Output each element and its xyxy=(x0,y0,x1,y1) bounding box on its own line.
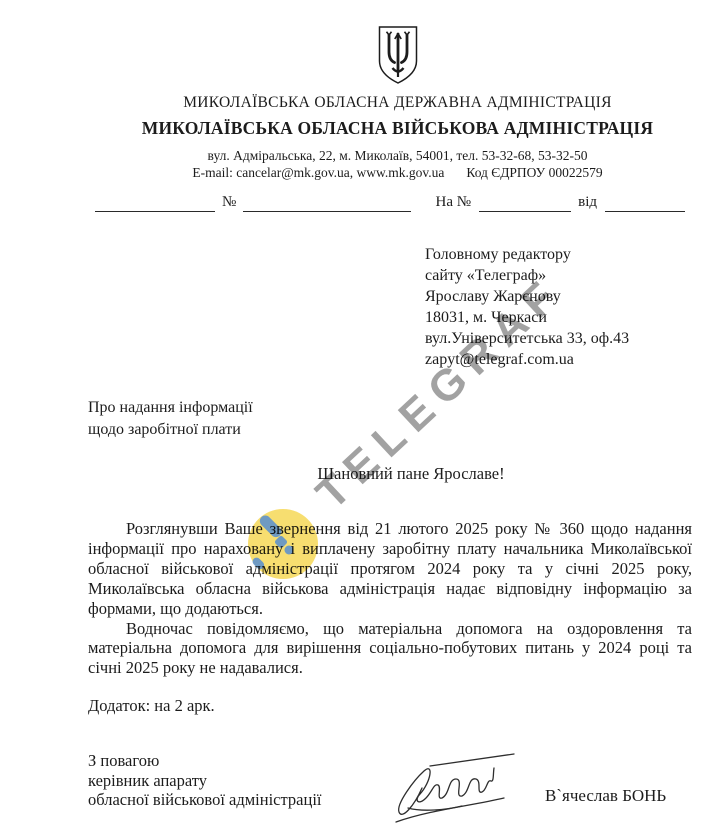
date-blank-field xyxy=(95,192,215,212)
letter-page: МИКОЛАЇВСЬКА ОБЛАСНА ДЕРЖАВНА АДМІНІСТРА… xyxy=(0,0,708,827)
recipient-block: Головному редактору сайту «Телеграф» Яро… xyxy=(425,244,629,370)
letter-body: Розглянувши Ваше звернення від 21 лютого… xyxy=(88,519,692,678)
body-paragraph-1: Розглянувши Ваше звернення від 21 лютого… xyxy=(88,519,692,619)
org-name-military-admin: МИКОЛАЇВСЬКА ОБЛАСНА ВІЙСЬКОВА АДМІНІСТР… xyxy=(95,118,700,138)
attachment-note: Додаток: на 2 арк. xyxy=(88,696,215,716)
signer-name: В`ячеслав БОНЬ xyxy=(545,786,666,806)
reference-line: № На № від xyxy=(95,192,685,212)
reply-to-number-label: На № xyxy=(436,192,472,212)
subject-line-1: Про надання інформації xyxy=(88,397,253,419)
org-contacts: E-mail: cancelar@mk.gov.ua, www.mk.gov.u… xyxy=(95,165,700,180)
reply-date-blank-field xyxy=(605,192,685,212)
handwritten-signature xyxy=(388,748,530,827)
subject-block: Про надання інформації щодо заробітної п… xyxy=(88,397,253,440)
reply-date-label: від xyxy=(578,192,597,212)
org-edrpou-code: Код ЄДРПОУ 00022579 xyxy=(466,165,602,180)
ukraine-trident-emblem-icon xyxy=(375,24,421,86)
reply-number-blank-field xyxy=(479,192,571,212)
letterhead: МИКОЛАЇВСЬКА ОБЛАСНА ДЕРЖАВНА АДМІНІСТРА… xyxy=(95,24,700,180)
recipient-name: Ярославу Жарєнову xyxy=(425,286,629,307)
body-paragraph-2: Водночас повідомляємо, що матеріальна до… xyxy=(88,619,692,679)
recipient-site: сайту «Телеграф» xyxy=(425,265,629,286)
subject-line-2: щодо заробітної плати xyxy=(88,419,253,441)
closing-position-2: обласної військової адміністрації xyxy=(88,790,322,810)
org-address: вул. Адміральська, 22, м. Миколаїв, 5400… xyxy=(95,148,700,163)
number-label: № xyxy=(222,192,236,212)
salutation: Шановний пане Ярославе! xyxy=(88,464,692,484)
recipient-title: Головному редактору xyxy=(425,244,629,265)
recipient-email: zapyt@telegraf.com.ua xyxy=(425,349,629,370)
org-name-state-admin: МИКОЛАЇВСЬКА ОБЛАСНА ДЕРЖАВНА АДМІНІСТРА… xyxy=(95,94,700,112)
closing-regards: З повагою xyxy=(88,751,322,771)
outgoing-number-blank-field xyxy=(243,192,411,212)
closing-position-1: керівник апарату xyxy=(88,771,322,791)
recipient-street: вул.Університетська 33, оф.43 xyxy=(425,328,629,349)
recipient-city: 18031, м. Черкаси xyxy=(425,307,629,328)
org-email: E-mail: cancelar@mk.gov.ua, www.mk.gov.u… xyxy=(192,165,444,180)
closing-block: З повагою керівник апарату обласної війс… xyxy=(88,751,322,810)
